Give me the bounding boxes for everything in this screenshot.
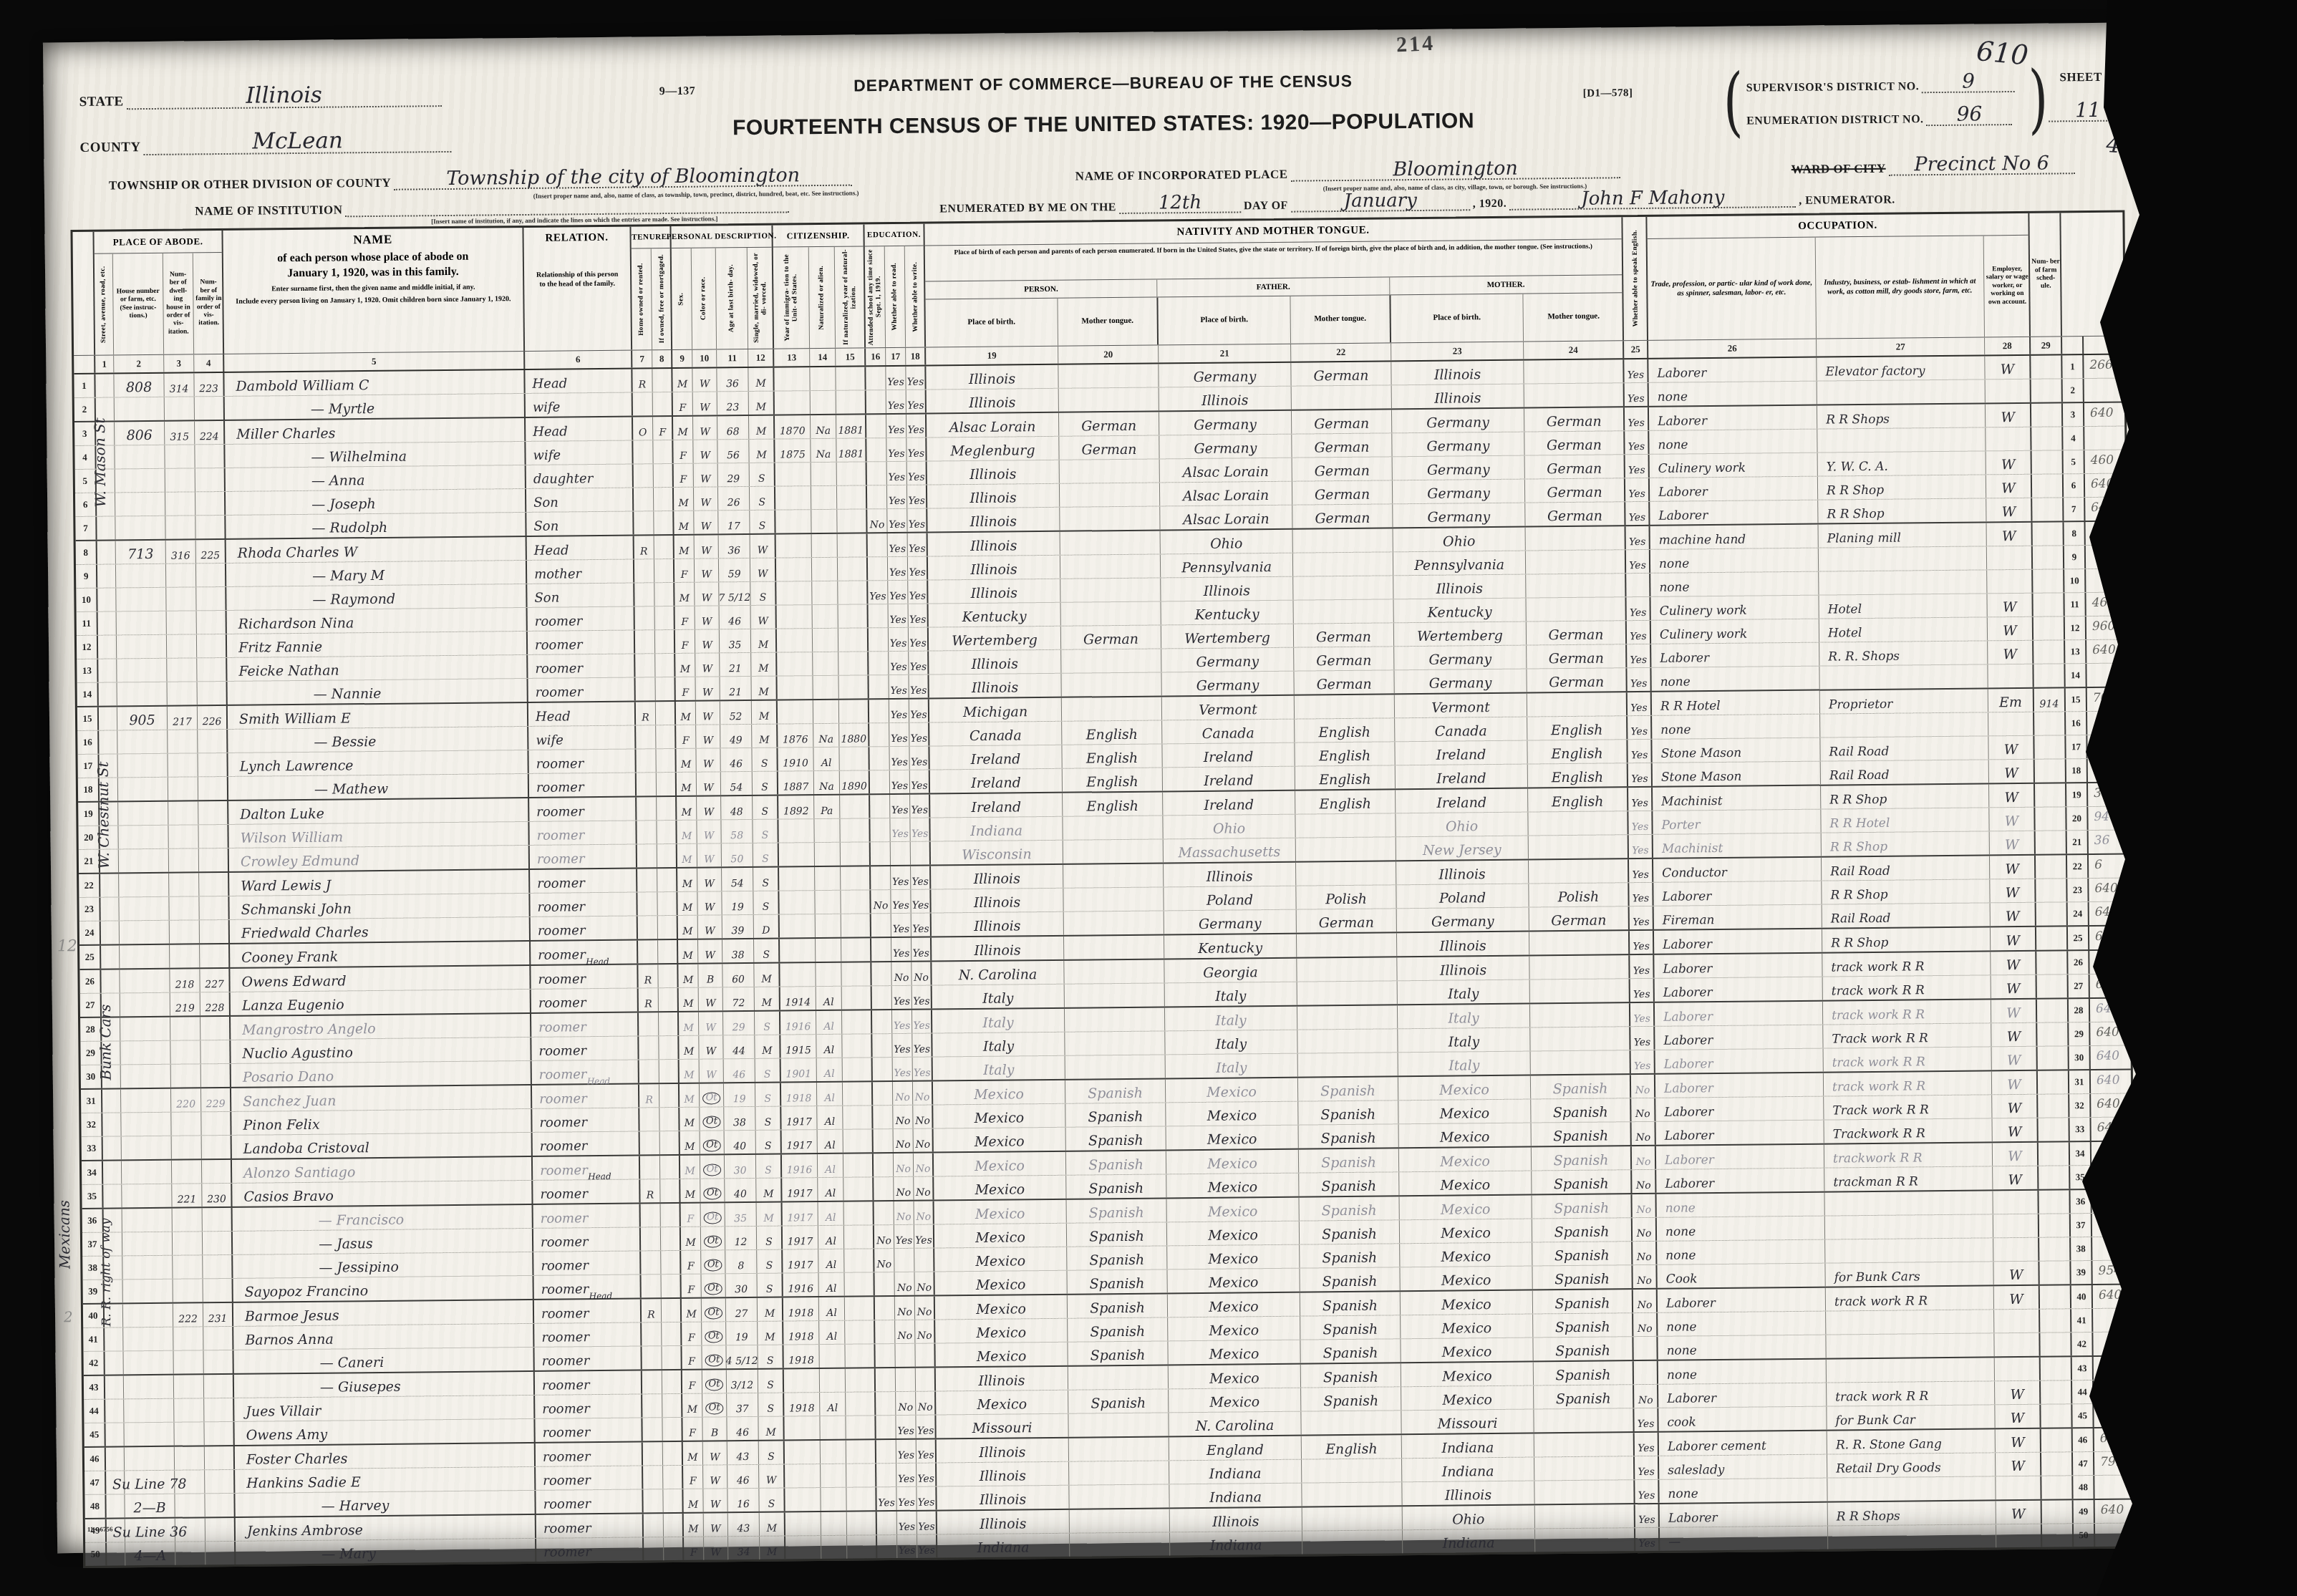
line-number: 30: [81, 1065, 102, 1088]
cell: M: [683, 1442, 703, 1465]
cell: Italy: [932, 1009, 1065, 1033]
cell: [2034, 735, 2066, 758]
cell: [1986, 379, 2031, 403]
right-line-number-column: [2061, 213, 2084, 336]
margin-number: 640: [2091, 1045, 2131, 1069]
cell: [99, 707, 117, 730]
cell: [876, 1464, 896, 1486]
cell: [845, 1344, 875, 1367]
cell: [102, 1113, 121, 1136]
cell-name: Ward Lewis J: [229, 870, 530, 896]
cell: M: [678, 916, 698, 939]
line-number: 21: [79, 850, 100, 873]
cell-trade: Fireman: [1654, 905, 1822, 929]
cell: [874, 1272, 894, 1295]
cell: [101, 921, 120, 944]
cell: [838, 604, 869, 627]
line-number: 45: [2072, 1404, 2094, 1427]
cell: Ot: [701, 1203, 725, 1226]
cell: [635, 606, 655, 629]
cell-industry: [1817, 379, 1986, 404]
cell: [1060, 578, 1161, 601]
cell: [637, 892, 657, 915]
cell: [866, 438, 886, 461]
cell: [1302, 1530, 1403, 1554]
cell: [780, 939, 816, 962]
cell: [875, 1320, 895, 1343]
line-number: 48: [2073, 1476, 2094, 1499]
cell: [1068, 1413, 1169, 1436]
line-number: 31: [81, 1090, 102, 1113]
cell-industry: R R Shop: [1818, 498, 1986, 523]
cell: German: [1292, 504, 1393, 528]
cell-industry: track work R R: [1824, 1071, 1992, 1096]
cell: M: [760, 1537, 785, 1559]
cell: [1988, 664, 2034, 688]
cell: [115, 493, 165, 516]
cell: Yes: [892, 986, 912, 1009]
cell: [165, 397, 195, 420]
line-number: 32: [2069, 1094, 2091, 1117]
line-number: 7: [75, 517, 97, 540]
cell: [195, 468, 226, 491]
cell: [205, 1470, 235, 1493]
cell: F: [673, 392, 693, 415]
cell: Yes: [908, 581, 928, 604]
cell-relation: Son: [527, 584, 634, 607]
cell: W: [1989, 760, 2035, 783]
cell: [96, 422, 115, 445]
cell: [1302, 1506, 1403, 1530]
cell: W: [1986, 451, 2032, 475]
cell: [1530, 1003, 1630, 1027]
cell: [1293, 528, 1393, 552]
cell: German: [1525, 455, 1625, 478]
cell: [867, 462, 887, 485]
line-number: 43: [84, 1376, 105, 1399]
cell: [1529, 931, 1630, 954]
cell: Yes: [909, 652, 929, 674]
cell: Yes: [890, 818, 910, 841]
cell: [871, 914, 891, 937]
cell: [777, 629, 813, 652]
cell: Yes: [1626, 550, 1650, 573]
cell: Em: [1988, 689, 2034, 712]
cell: [1534, 1456, 1635, 1480]
cell: Yes: [891, 890, 911, 913]
cell: Yes: [1625, 478, 1650, 501]
cell: [2038, 1046, 2069, 1069]
cell: Poland: [1164, 886, 1296, 911]
cell: [1295, 695, 1395, 718]
cell: W: [693, 416, 717, 439]
cell: Italy: [1165, 982, 1297, 1007]
cell: [202, 1160, 232, 1183]
cell: [2041, 1476, 2073, 1499]
cell: [637, 844, 657, 867]
cell-industry: Track work R R: [1823, 1023, 1991, 1048]
cell: [812, 581, 838, 604]
cell: [872, 986, 892, 1009]
cell: [122, 1232, 173, 1256]
group-title: EDUCATION.: [864, 224, 923, 247]
cell: S: [759, 1441, 785, 1464]
cell: Al: [819, 1321, 845, 1344]
cell: Mexico: [934, 1224, 1067, 1248]
cell: [200, 1040, 231, 1063]
cell-industry: R. R. Shops: [1819, 641, 1988, 665]
enum-district-value: 96: [1956, 102, 1982, 125]
cell: [657, 797, 677, 820]
cell: Yes: [1630, 979, 1655, 1002]
cell: [847, 1512, 877, 1534]
cell: Spanish: [1534, 1361, 1634, 1385]
cell: M: [677, 892, 697, 915]
cell: [1060, 506, 1160, 530]
group-occupation: OCCUPATION. Trade, profession, or partic…: [1647, 213, 2031, 340]
cell: Spanish: [1534, 1385, 1634, 1408]
cell: Mexico: [1167, 1245, 1300, 1269]
cell: Al: [818, 1226, 844, 1249]
cell: [635, 630, 655, 653]
cell: [2031, 379, 2063, 402]
enum-day: 12th: [1159, 192, 1202, 214]
cell: Al: [818, 1154, 843, 1177]
cell: S: [757, 1274, 783, 1297]
cell: [777, 676, 813, 699]
column-number: 6: [525, 351, 632, 369]
cell: M: [677, 869, 697, 891]
cell: F: [682, 1418, 702, 1441]
cell: Yes: [917, 1512, 937, 1534]
cell-industry: for Bunk Cars: [1825, 1262, 1993, 1286]
page-number-handwritten: 610: [1976, 37, 2030, 69]
cell-name: Jues Villair: [234, 1396, 535, 1421]
cell: R: [640, 1179, 660, 1202]
cell: [1996, 1524, 2042, 1548]
cell: [2032, 498, 2064, 521]
cell-industry: [1826, 1310, 1994, 1334]
cell: [199, 848, 229, 871]
roll-stamp: 214: [1396, 32, 1435, 57]
institution-label: NAME OF INSTITUTION: [195, 203, 342, 218]
cell: Illinois: [1402, 1481, 1534, 1505]
cell: R: [639, 988, 659, 1011]
cell: English: [1063, 768, 1163, 791]
cell: W: [1991, 975, 2037, 999]
cell: [119, 849, 169, 873]
cell: Yes: [911, 866, 931, 889]
cell: Yes: [910, 818, 930, 841]
cell: Pennsylvania: [1393, 551, 1526, 576]
cell: 27: [726, 1298, 758, 1321]
line-number: 16: [77, 731, 99, 754]
cell-relation: roomer: [535, 1370, 642, 1394]
cell: W: [1991, 927, 2036, 951]
line-number: 11: [2064, 593, 2086, 616]
group-relation: RELATION. Relationship of this person to…: [523, 227, 632, 351]
cell-relation: Son: [526, 512, 634, 536]
cell: W: [1988, 641, 2034, 664]
cell-industry: R R Shop: [1818, 475, 1986, 499]
line-number: 5: [2064, 450, 2085, 473]
cell: [105, 1375, 124, 1398]
cell-industry: Rail Road: [1820, 736, 1988, 760]
cell-name: — Giusepes: [234, 1372, 535, 1398]
cell: [1986, 427, 2031, 451]
cell: [1069, 1484, 1169, 1508]
cell: [167, 611, 197, 634]
cell: Mexico: [1401, 1385, 1534, 1410]
cell: [654, 488, 674, 511]
cell-relation: roomer: [530, 844, 637, 868]
line-number: 42: [2071, 1333, 2093, 1355]
cell: Indiana: [937, 1534, 1070, 1558]
cell: Yes: [909, 675, 929, 698]
cell: S: [759, 1489, 785, 1512]
cell: 29: [723, 1012, 755, 1035]
cell: New Jersey: [1396, 836, 1529, 861]
cell-trade: Laborer: [1655, 1002, 1823, 1026]
cell: Yes: [1629, 859, 1653, 882]
cell: W: [694, 487, 718, 510]
cell-relation: roomerHead: [531, 964, 638, 988]
cell: [838, 557, 868, 580]
line-number: 23: [2067, 879, 2089, 901]
cell: [812, 558, 838, 581]
cell: [175, 1494, 205, 1517]
census-sheet-paper: 214 610 State Illinois 9—137 DEPARTMENT …: [43, 22, 2198, 1554]
cell: [843, 1058, 873, 1080]
cell: [655, 654, 675, 677]
cell: W: [699, 1035, 723, 1058]
cell: 1916: [780, 1011, 816, 1034]
cell: W: [1991, 1023, 2037, 1047]
line-number: 26: [79, 970, 101, 993]
cell: [99, 682, 117, 705]
cell: Yes: [893, 1058, 913, 1080]
cell: [869, 604, 889, 627]
cell-relation: roomer: [533, 1227, 641, 1251]
line-number: 16: [2066, 712, 2087, 735]
cell: Spanish: [1300, 1292, 1401, 1315]
cell: [813, 629, 838, 652]
col7-header: Home owned or rented.: [637, 263, 646, 336]
cell: No: [893, 1106, 913, 1128]
cell-industry: Proprietor: [1820, 689, 1988, 713]
cell: [846, 1440, 876, 1463]
cell: [196, 587, 226, 610]
cell: No: [893, 1082, 913, 1105]
line-number: 24: [79, 922, 101, 944]
cell: [97, 541, 116, 564]
cell: [869, 652, 889, 674]
cell-trade: Stone Mason: [1652, 738, 1820, 763]
cell: No: [894, 1154, 914, 1176]
cell: Illinois: [926, 365, 1058, 390]
cell: Alsac Lorain: [927, 413, 1059, 437]
cell: [2039, 1166, 2070, 1189]
cell: Germany: [1397, 908, 1529, 932]
cell: [775, 510, 811, 533]
cell: [97, 516, 115, 539]
cell: [1069, 1461, 1169, 1484]
cell: Mexico: [933, 1080, 1065, 1105]
cell: German: [1525, 478, 1625, 502]
line-number: 25: [2068, 927, 2089, 949]
cell: [876, 1440, 896, 1463]
cell: Mexico: [935, 1295, 1068, 1320]
cell: [662, 1394, 682, 1417]
cell: [97, 564, 116, 587]
cell: [785, 1464, 821, 1487]
cell: 1917: [781, 1106, 817, 1129]
cell-trade: none: [1652, 715, 1820, 739]
cell: [103, 1136, 122, 1159]
cell: Ireland: [1395, 741, 1527, 765]
enumeration-district-line: Enumeration District No. 96: [1746, 104, 2013, 128]
enum-district-label: Enumeration District No.: [1746, 113, 1924, 127]
cell: Mexico: [1401, 1291, 1533, 1315]
cell: Mexico: [935, 1319, 1068, 1343]
cell-relation: roomer: [529, 821, 637, 844]
line-number: 9: [2064, 546, 2086, 569]
cell: Yes: [916, 1416, 936, 1438]
line-number: 37: [82, 1233, 104, 1256]
col17-header: Whether able to read.: [891, 263, 899, 331]
cell: [634, 559, 654, 582]
cell: B: [702, 1417, 727, 1440]
cell: [1063, 816, 1163, 839]
cell: 40: [725, 1179, 756, 1201]
cell-name: Smith William E: [228, 703, 528, 729]
cell: 17: [718, 511, 750, 533]
cell: M: [674, 488, 694, 511]
column-number: 2: [114, 355, 164, 373]
cell: Na: [813, 724, 839, 747]
cell: 1901: [781, 1058, 817, 1081]
cell: Yes: [1627, 644, 1651, 667]
cell: M: [752, 725, 778, 748]
cell-relation: roomer: [534, 1346, 642, 1370]
cell: Polish: [1296, 885, 1396, 909]
cell: Mexico: [934, 1176, 1066, 1200]
cell: [198, 730, 228, 753]
cell-relation: roomer: [531, 916, 638, 939]
cell: 1917: [782, 1130, 818, 1153]
cell: [123, 1327, 173, 1351]
cell-trade: Laborer: [1658, 1288, 1826, 1312]
cell: Illinois: [927, 508, 1060, 532]
cell: [1060, 531, 1161, 554]
cell: 713: [116, 541, 166, 564]
cell: [1526, 526, 1626, 550]
cell: [785, 1441, 821, 1464]
cell-industry: R. R. Stone Gang: [1827, 1429, 1996, 1454]
cell: Yes: [1635, 1528, 1660, 1551]
line-number: 40: [83, 1305, 105, 1327]
cell: [841, 938, 871, 961]
cell: Yes: [1625, 431, 1649, 454]
cell-relation: roomer: [529, 797, 637, 821]
cell: W: [697, 796, 721, 819]
cell: German: [1294, 623, 1394, 647]
cell: [97, 469, 115, 492]
cell: [200, 1017, 231, 1040]
cell: [121, 1065, 171, 1088]
cell: M: [677, 797, 697, 820]
col29-header: Num- ber of farm sched- ule.: [2031, 258, 2060, 291]
cell: F: [684, 1537, 704, 1560]
cell: [2039, 1214, 2071, 1237]
cell: [841, 866, 871, 889]
cell: Alsac Lorain: [1160, 482, 1292, 506]
line-number: 38: [2071, 1237, 2092, 1260]
cell-name: Dalton Luke: [228, 798, 529, 824]
column-number: 9: [672, 350, 692, 367]
cell: Spanish: [1533, 1337, 1633, 1360]
cell: R: [632, 369, 652, 392]
county-value: McLean: [252, 127, 343, 154]
cell: [101, 969, 120, 992]
cell: W: [704, 1537, 728, 1559]
cell-relation: roomer: [536, 1442, 643, 1466]
group-tenure: TENURE. Home owned or rented. If owned, …: [631, 226, 672, 350]
cell: 228: [200, 992, 231, 1015]
cell: 7 5/12: [719, 582, 750, 605]
cell: W: [704, 1513, 728, 1536]
cell: 58: [721, 820, 753, 843]
cell: M: [755, 987, 780, 1010]
column-number: 23: [1391, 342, 1524, 361]
cell: M: [676, 702, 696, 725]
cell: W: [1991, 903, 2036, 927]
cell: S: [757, 1227, 783, 1249]
cell: [870, 818, 890, 841]
cell-name: — Mary M: [226, 561, 527, 586]
line-number: 14: [77, 683, 99, 706]
cell: Illinois: [937, 1510, 1070, 1534]
cell: [169, 896, 199, 919]
cell: W: [759, 1465, 785, 1488]
group-title: RELATION.: [523, 227, 629, 249]
line-number: 12: [2065, 616, 2086, 639]
col28-header: Employer, salary or wage worker, or work…: [1986, 266, 2029, 307]
cell: S: [755, 1107, 781, 1130]
cell: 46: [727, 1417, 758, 1440]
line-number: 34: [82, 1161, 103, 1184]
cell-relation: roomer: [533, 1204, 641, 1227]
cell: [638, 916, 658, 939]
cell: Italy: [1398, 980, 1530, 1005]
cell: Germany: [1159, 411, 1292, 435]
cell: Ot: [702, 1370, 727, 1393]
cell: [2040, 1309, 2071, 1332]
cell: M: [758, 1417, 784, 1440]
cell: Spanish: [1301, 1363, 1401, 1387]
cell-name: Dambold William C: [224, 370, 525, 396]
cell: Spanish: [1299, 1148, 1399, 1172]
cell: Yes: [917, 1440, 937, 1463]
cell: [203, 1255, 233, 1278]
cell: [122, 1256, 173, 1280]
cell: No: [874, 1249, 894, 1272]
cell: [1530, 1027, 1630, 1050]
cell: [1064, 911, 1164, 934]
cell: [105, 1351, 123, 1374]
cell-industry: R R Shops: [1828, 1501, 1996, 1525]
cell: Mexico: [934, 1271, 1067, 1295]
